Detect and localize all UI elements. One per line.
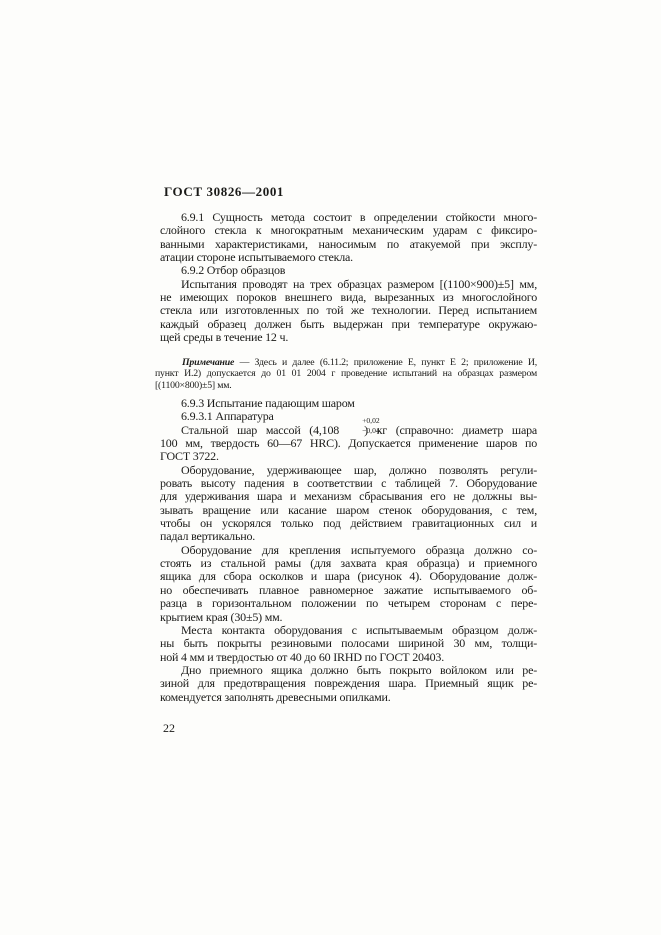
text-segment: ) кг (справочно: диаметр шара <box>364 423 537 437</box>
text-segment: зиной для предотвращения повреждения шар… <box>160 676 537 690</box>
text-line: 100 мм, твердость 60—67 HRC). Допускаетс… <box>160 437 537 450</box>
text-segment: ны быть покрыты резиновыми полосами шири… <box>160 636 537 650</box>
text-segment: 6.9.3.1 Аппаратура <box>181 409 274 423</box>
text-line: Дно приемного ящика должно быть покрыто … <box>160 664 537 677</box>
text-line: стекла или изготовленных по той же техно… <box>160 304 537 317</box>
text-segment: зывать вращение или касание шаром стенок… <box>160 503 537 517</box>
text-segment: крытием края (30±5) мм. <box>160 610 282 624</box>
text-line: каждый образец должен быть выдержан при … <box>160 318 537 331</box>
text-line: ровать высоту падения в соответствии с т… <box>160 477 537 490</box>
text-line: стоять из стальной рамы (для захвата кра… <box>160 557 537 570</box>
text-line: 6.9.3 Испытание падающим шаром <box>160 397 537 410</box>
document-page: ГОСТ 30826—2001 6.9.1 Сущность метода со… <box>0 0 661 935</box>
text-segment: 6.9.3 Испытание падающим шаром <box>181 396 355 410</box>
text-segment: ГОСТ 3722. <box>160 449 219 463</box>
text-segment: 6.9.1 Сущность метода состоит в определе… <box>181 210 537 224</box>
text-line: Примечание — Здесь и далее (6.11.2; прил… <box>155 357 537 368</box>
text-segment: комендуется заполнять древесными опилкам… <box>160 690 391 704</box>
text-line: слойного стекла к многократным механичес… <box>160 224 537 237</box>
text-line: Стальной шар массой (4,108+0,02−0,04) кг… <box>160 424 537 437</box>
text-line: Испытания проводят на трех образцах разм… <box>160 278 537 291</box>
text-segment: стекла или изготовленных по той же техно… <box>160 303 537 317</box>
text-line: Оборудование для крепления испытуемого о… <box>160 544 537 557</box>
text-line: ванными характеристиками, наносимым по а… <box>160 238 537 251</box>
note-block: Примечание — Здесь и далее (6.11.2; прил… <box>155 357 537 391</box>
text-segment: для удерживания шара и механизм сбрасыва… <box>160 489 537 503</box>
text-segment: ной 4 мм и твердостью от 40 до 60 IRHD п… <box>160 650 444 664</box>
text-segment: стоять из стальной рамы (для захвата кра… <box>160 556 537 570</box>
text-line: Места контакта оборудования с испытываем… <box>160 624 537 637</box>
text-segment: Стальной шар массой (4,108 <box>181 423 339 437</box>
text-segment: [(1100×800)±5] мм. <box>155 380 231 391</box>
text-segment: ровать высоту падения в соответствии с т… <box>160 476 537 490</box>
text-segment: разца в горизонтальном положении по четы… <box>160 596 537 610</box>
text-segment: но обеспечивать плавное равномерное зажа… <box>160 583 537 597</box>
paragraph-block-2: 6.9.3 Испытание падающим шаром6.9.3.1 Ап… <box>160 397 537 704</box>
text-segment: Дно приемного ящика должно быть покрыто … <box>181 663 537 677</box>
text-line: пункт И.2) допускается до 01 01 2004 г п… <box>155 368 537 379</box>
text-segment: Оборудование, удерживающее шар, должно п… <box>181 463 537 477</box>
text-segment: пункт И.2) допускается до 01 01 2004 г п… <box>155 368 537 379</box>
text-line: ной 4 мм и твердостью от 40 до 60 IRHD п… <box>160 651 537 664</box>
paragraph-block-1: 6.9.1 Сущность метода состоит в определе… <box>160 211 537 344</box>
text-line: но обеспечивать плавное равномерное зажа… <box>160 584 537 597</box>
text-line: не имеющих пороков внешнего вида, выреза… <box>160 291 537 304</box>
text-segment: падал вертикально. <box>160 529 255 543</box>
text-line: ны быть покрыты резиновыми полосами шири… <box>160 637 537 650</box>
text-line: ГОСТ 3722. <box>160 450 537 463</box>
text-line: 6.9.2 Отбор образцов <box>160 264 537 277</box>
text-line: разца в горизонтальном положении по четы… <box>160 597 537 610</box>
text-segment: Места контакта оборудования с испытываем… <box>181 623 537 637</box>
document-header-standard-number: ГОСТ 30826—2001 <box>164 184 284 200</box>
text-segment: ящика для сбора осколков и шара (рисунок… <box>160 569 537 583</box>
text-segment: 100 мм, твердость 60—67 HRC). Допускаетс… <box>160 436 537 450</box>
text-segment: слойного стекла к многократным механичес… <box>160 223 537 237</box>
text-line: 6.9.1 Сущность метода состоит в определе… <box>160 211 537 224</box>
text-segment: чтобы он ускорялся только под действием … <box>160 516 537 530</box>
text-segment: Испытания проводят на трех образцах разм… <box>181 277 537 291</box>
text-segment: Оборудование для крепления испытуемого о… <box>181 543 537 557</box>
text-segment: атации стороне испытываемого стекла. <box>160 250 353 264</box>
text-segment: — Здесь и далее (6.11.2; приложение Е, п… <box>234 357 537 368</box>
text-segment: щей среды в течение 12 ч. <box>160 330 288 344</box>
text-line: падал вертикально. <box>160 530 537 543</box>
text-segment: ванными характеристиками, наносимым по а… <box>160 237 537 251</box>
tolerance-upper-value: +0,02 <box>341 417 380 425</box>
text-line: Оборудование, удерживающее шар, должно п… <box>160 464 537 477</box>
text-segment: 6.9.2 Отбор образцов <box>181 263 285 277</box>
tolerance-stack: +0,02−0,04 <box>339 425 364 434</box>
page-number: 22 <box>163 721 175 736</box>
text-line: атации стороне испытываемого стекла. <box>160 251 537 264</box>
note-label: Примечание <box>182 357 234 368</box>
text-line: щей среды в течение 12 ч. <box>160 331 537 344</box>
text-line: зиной для предотвращения повреждения шар… <box>160 677 537 690</box>
text-line: чтобы он ускорялся только под действием … <box>160 517 537 530</box>
text-segment: не имеющих пороков внешнего вида, выреза… <box>160 290 537 304</box>
text-line: для удерживания шара и механизм сбрасыва… <box>160 490 537 503</box>
text-line: [(1100×800)±5] мм. <box>155 380 537 391</box>
text-line: ящика для сбора осколков и шара (рисунок… <box>160 570 537 583</box>
tolerance-lower-value: −0,04 <box>341 427 380 435</box>
text-line: комендуется заполнять древесными опилкам… <box>160 691 537 704</box>
text-line: крытием края (30±5) мм. <box>160 611 537 624</box>
text-line: зывать вращение или касание шаром стенок… <box>160 504 537 517</box>
text-segment: каждый образец должен быть выдержан при … <box>160 317 537 331</box>
